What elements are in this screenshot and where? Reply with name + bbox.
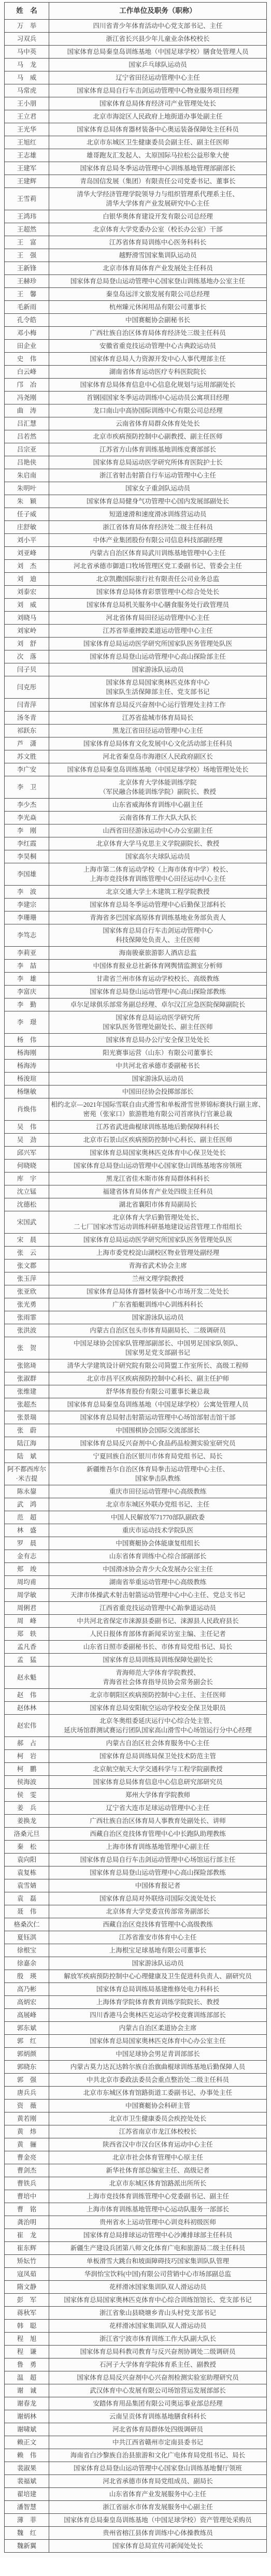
name-cell: 陈永鋆 xyxy=(5,1485,49,1498)
position-cell: 中体产业集团股份有限公司信息科技部副经理 xyxy=(49,534,267,547)
name-cell: 姜 兵 xyxy=(5,1802,49,1815)
name-cell: 张淑群 xyxy=(5,1372,49,1385)
document-page: 姓 名 工作单位及职务（职称） 万 举 四川省青少年体育活动中心党支部书记、主任… xyxy=(0,0,271,2558)
name-cell: 李 勤 xyxy=(5,998,49,1011)
name-cell: 邓小梅 xyxy=(5,327,49,340)
position-cell: 国家体育总局科教司教育与反兴奋剂协调处二级调研员 xyxy=(49,2346,267,2358)
position-cell: 相约北京—2021年国际雪联自由式滑雪和单板滑雪世界锦标赛执行副主席、 密苑（张… xyxy=(49,1098,267,1121)
position-cell: 浙江省射击射箭自行车运动管理中心主任 xyxy=(49,469,267,482)
table-row: 赵 伟 北京市朝阳区疾病预防控制中心主任、主任医师 xyxy=(5,1689,267,1702)
table-row: 蒋秋军 浙江省象山县晓塘乡青山头村党支部书记 xyxy=(5,2307,267,2320)
table-row: 冯尧刚 首钢园国家冬季运动训练中心运动员公寓项目经理 xyxy=(5,392,267,404)
name-cell: 夏钰淇 xyxy=(5,1931,49,1944)
table-row: 夏钰淇 江苏省淮安市体育中心主任 xyxy=(5,1931,267,1944)
table-row: 王志雄 雄哥跑友汇发起人、太原国际马拉松公益形象大使 xyxy=(5,149,267,162)
table-row: 张光勇 广东省船艇训练中心训练科科长 xyxy=(5,1298,267,1311)
table-row: 李 勤 卓尔足球俱乐部常务副总经理、卓尔汉江应急医院保障副院长 xyxy=(5,998,267,1011)
position-cell: 国家体育总局宣传司新闻处处长 xyxy=(49,2540,267,2553)
table-row: 李珊珊 青海省多巴国家高原体育训练基地业务部负责人 xyxy=(5,911,267,924)
table-row: 袁 磊 国家体育总局对外联络司国际交流处处长 xyxy=(5,1892,267,1905)
table-row: 郭 红 国家体育总局国家奥林匹克体育中心办公室主任 xyxy=(5,2035,267,2048)
table-row: 杨继敏 中国田径协会投掷部部长 xyxy=(5,1086,267,1098)
position-cell: 卓尔足球俱乐部常务副总经理、卓尔汉江应急医院保障副院长 xyxy=(49,998,267,1011)
position-cell: 山东省体育产业发展服务中心主任 xyxy=(49,2488,267,2501)
name-cell: 曹铁兵 xyxy=(5,2177,49,2190)
position-cell: 花样滑冰国家集训队双人滑运动员 xyxy=(49,2320,267,2333)
position-cell: 北京航空航天大学交通科学与工程学院副教授 xyxy=(49,1763,267,1776)
header-position-label: 工作单位及职务（职称） xyxy=(49,3,267,20)
name-cell: 杨浚瑄 xyxy=(5,1073,49,1086)
name-cell: 吕汇慧 xyxy=(5,417,49,430)
name-cell: 谢 诚 xyxy=(5,2384,49,2397)
position-cell: 国家体育总局运动医学研究所国家队医务管理处队医 xyxy=(49,1234,267,1247)
name-cell: 白云峰 xyxy=(5,366,49,379)
table-row: 李富庆 国家体育总局登山运动管理中心高山探险部教练 xyxy=(5,986,267,998)
name-cell: 王立君 xyxy=(5,110,49,123)
name-cell: 李建宗 xyxy=(5,899,49,911)
position-cell: 内蒙古自治区柔道协会主席 xyxy=(49,2022,267,2035)
position-cell: 山东省威海体育训练中心副主任 xyxy=(49,799,267,812)
position-cell: 西藏自治区竞技体育管理中心中长跑队助理教练 xyxy=(49,1828,267,1841)
table-row: 谢 诚 武汉体育中心发展有限公司场馆营运发展部部长 xyxy=(5,2384,267,2397)
position-cell: 国家游泳队运动员 xyxy=(49,663,267,676)
position-cell: 山西省田径游泳运动中心办公室副主任 xyxy=(49,824,267,837)
name-cell: 肖焕伟 xyxy=(5,1098,49,1121)
position-cell: 北京市昌平区疾病预防控制中心科长、副主任护师 xyxy=(49,1372,267,1385)
name-cell: 谢炳林 xyxy=(5,2410,49,2423)
table-row: 周俐君 江西省重竞技运动管理中心跆拳道运动员 xyxy=(5,1602,267,1615)
position-cell: 花样滑冰国家集训队双人滑运动员 xyxy=(49,2281,267,2294)
name-cell: 张铭琦 xyxy=(5,1359,49,1372)
position-cell: 越野滑雪国家集训队运动员 xyxy=(49,249,267,262)
name-cell: 王雪莉 xyxy=(5,188,49,210)
position-cell: 国家体育总局国家奥林匹克体育中心综合训练馆馆长、党支部书记 xyxy=(49,2294,267,2307)
table-row: 刘 威 国家体育总局机关服务中心膳食服务处行政管理员 xyxy=(5,599,267,612)
name-cell: 马 龙 xyxy=(5,59,49,71)
table-row: 李莉亚 海南骏豪旅游影人酒店总监 xyxy=(5,947,267,960)
position-cell: 上海市体育训练基地管理中心副主任 xyxy=(49,1841,267,1854)
table-row: 翟培建 山东省体育产业发展服务中心主任 xyxy=(5,2488,267,2501)
table-row: 徐根宝 上海根宝足球基地有限公司董事长 xyxy=(5,1944,267,1957)
position-cell: 北京凯撒国际旅行社有限责任公司业务总监 xyxy=(49,573,267,586)
table-row: 张铭琦 清华大学建筑设计研究院有限公司简盟工作室所长、高级工程师 xyxy=(5,1359,267,1372)
position-cell: 上海体育学院体育教育训练学院院长、教授 xyxy=(49,1996,267,2009)
position-cell: 北京市体育局体育产业发展处主任科员 xyxy=(49,262,267,275)
table-row: 黄 骊 陕西省汉中市汉台区体育运动中心主任 xyxy=(5,2138,267,2151)
table-row: 张维建 舒华体育股份有限公司董事长兼总裁 xyxy=(5,1385,267,1398)
table-row: 孔令皓 中国赛艇协会副秘书长 xyxy=(5,314,267,327)
name-cell: 闫子贝 xyxy=(5,663,49,676)
position-cell: 内蒙古自治区体育局武川训练基地管理中心主任 xyxy=(49,547,267,560)
table-row: 阿不都西库尔 ·米吉提 新疆维吾尔自治区体育局拳击运动管理中心主任、 国家拳击队… xyxy=(5,1463,267,1485)
position-cell: 贵州省水上运动管理中心训竞科初级医师 xyxy=(49,2216,267,2229)
table-row: 沈立锰 福建省体育局体育产业处四级主任科员 xyxy=(5,1185,267,1198)
name-cell: 洛桑元旦 xyxy=(5,1828,49,1841)
table-row: 张 蔚 中国围棋协会国际交流部部长 xyxy=(5,1424,267,1437)
table-row: 赵体林 国家体育总局安阳航空运动学校安全保卫处职员 xyxy=(5,1702,267,1715)
table-row: 魏 红 贵州省榕江县体育训练中心体操教练员 xyxy=(5,2527,267,2540)
table-row: 刘小平 中体产业集团股份有限公司信息科技部副经理 xyxy=(5,534,267,547)
position-cell: 新疆生产建设兵团第八师文化体育广电和旅游局二级主任科员 xyxy=(49,2242,267,2255)
name-cell: 裴福斌 xyxy=(5,2475,49,2488)
table-row: 王 强 越野滑雪国家集训队运动员 xyxy=(5,249,267,262)
table-row: 龚治明 贵州省水上运动管理中心训竞科初级医师 xyxy=(5,2216,267,2229)
name-cell: 李 喆 xyxy=(5,960,49,973)
position-cell: 北京体育大学后勤管理处处长、 二七厂国家冰雪运动训练科研基地建设运营管理工作组组… xyxy=(49,1211,267,1234)
position-cell: 江西省重竞技运动管理中心跆拳道运动员 xyxy=(49,1602,267,1615)
position-cell: 江苏省方山体育训练基地训练竞赛部部长 xyxy=(49,443,267,456)
name-cell: 崔东辉 xyxy=(5,2242,49,2255)
position-cell: 北京市东城区外联办党组书记、主任 xyxy=(49,1498,267,1511)
name-cell: 张玉萍 xyxy=(5,1272,49,1285)
name-cell: 朱明叶 xyxy=(5,482,49,495)
name-cell: 李 雄 xyxy=(5,973,49,986)
name-cell: 刘亚峰 xyxy=(5,547,49,560)
table-row: 马 威 辽宁省田径运动管理中心主任 xyxy=(5,71,267,84)
table-row: 张亚欣 国家体育总局体育器材装备中心市场开发二处处长 xyxy=(5,1285,267,1298)
name-cell: 张文郡 xyxy=(5,1260,49,1272)
position-cell: 国家体育总局对外联络司国际交流处处长 xyxy=(49,1892,267,1905)
name-cell: 姜换龙 xyxy=(5,1815,49,1828)
name-cell: 徐嘉余 xyxy=(5,1957,49,1970)
name-cell: 任子威 xyxy=(5,508,49,521)
name-cell: 格桑次仁 xyxy=(5,1918,49,1931)
table-row: 庄舒敏 浙江省体育局体育经济处二级主任科员 xyxy=(5,521,267,534)
name-cell: 柯 岩 xyxy=(5,1750,49,1763)
table-row: 王建军 国家体育总局冬季运动管理中心训练基地管理部副部长 xyxy=(5,162,267,175)
position-cell: 中国体育报业总社新体育网舆情监测室分析师 xyxy=(49,960,267,973)
name-cell: 郭炳颜 xyxy=(5,2048,49,2061)
table-row: 袁向阳 国家体育总局自行车击剑运动管理中心场馆运行部主任 xyxy=(5,1854,267,1866)
position-cell: 中共河北省承德市委副秘书长 xyxy=(49,1060,267,1073)
table-row: 赖 伟 海南省白沙黎族自治县旅游和文化广电体育局党组书记、局长 xyxy=(5,2449,267,2462)
position-cell: 国家体育总局冬季运动管理中心后勤保卫部科长 xyxy=(49,899,267,911)
position-cell: 上海市体育训练基地管理中心运动队服务一部部长 xyxy=(49,2203,267,2216)
name-cell: 张超杰 xyxy=(5,1398,49,1411)
position-cell: 四川香港马会奥林匹克运动学校竞赛训练部部长 xyxy=(49,2009,267,2022)
name-cell: 周均甫 xyxy=(5,1576,49,1589)
position-cell: 郑州大学体育学院教师 xyxy=(49,1789,267,1802)
name-cell: 周俐君 xyxy=(5,1602,49,1615)
table-row: 曹培中 上海市竞技体育训练管理中心党委副书记、副主任 xyxy=(5,2190,267,2203)
position-cell: 国家体育总局国家奥林匹克体育中心办公室主任 xyxy=(49,2035,267,2048)
name-cell: 宋 晨 xyxy=(5,1234,49,1247)
position-cell: 北京市朝阳区疾病预防控制中心主任、主任医师 xyxy=(49,1689,267,1702)
table-row: 魏新翼 国家体育总局宣传司新闻处处长 xyxy=(5,2540,267,2553)
name-cell: 王赫珍 xyxy=(5,275,49,288)
position-cell: 青海师范大学体育学院教授、 青海省社会体育指导员协会常务副会长 xyxy=(49,1667,267,1689)
name-cell: 李 波 xyxy=(5,886,49,899)
name-cell: 赖正文 xyxy=(5,2436,49,2449)
table-row: 吕艳侠 国家体育总局运动医学研究所体育医院护士长 xyxy=(5,456,267,469)
position-cell: 国家体育总局登山运动管理中心国家登山训练基地餐厅领班 xyxy=(49,2462,267,2475)
name-cell: 袁 磊 xyxy=(5,1892,49,1905)
table-row: 孟凡香 山东省日照市委副秘书长、市体育局党组书记、局长 xyxy=(5,1641,267,1654)
name-cell: 秦 松 xyxy=(5,1841,49,1854)
table-row: 郭东斌 内蒙古自治区柔道协会主席 xyxy=(5,2022,267,2035)
position-cell: 浙江省体育局体育经济处二级主任科员 xyxy=(49,521,267,534)
name-cell: 范 超 xyxy=(5,1511,49,1524)
table-row: 金有志 山东省体育训练中心综合部副部长 xyxy=(5,1550,267,1563)
table-row: 周均甫 湖南省举重运动管理中心高级教练 xyxy=(5,1576,267,1589)
name-cell: 郝 占 xyxy=(5,1737,49,1750)
name-cell: 孔令皓 xyxy=(5,314,49,327)
position-cell: 中共江西省赣州市定南县委书记 xyxy=(49,2436,267,2449)
position-cell: 国家女子重剑队运动员 xyxy=(49,482,267,495)
position-cell: 辽宁省田径运动管理中心主任 xyxy=(49,71,267,84)
name-cell: 周 峰 xyxy=(5,1615,49,1628)
position-cell: 辽宁省大连市足球运动管理中心主任 xyxy=(49,1802,267,1815)
name-cell: 谢啸斌 xyxy=(5,2423,49,2436)
table-row: 黄若刚 北京市卫生健康委员会疾控处处长 xyxy=(5,2112,267,2125)
table-row: 黄 炜 江苏省南京市龙江体校校长 xyxy=(5,2125,267,2138)
position-cell: 甘肃省兰州市体育运动学校校长、高级教练 xyxy=(49,973,267,986)
table-row: 潘智慧 浙江省丽水市体育发展服务中心副主任 xyxy=(5,2501,267,2514)
name-cell: 杨海刚 xyxy=(5,1047,49,1060)
name-cell: 王建军 xyxy=(5,162,49,175)
table-row: 郏 竣 中国滑冰协会青少大众发展办公室主任 xyxy=(5,1563,267,1576)
name-cell: 袁雪婧 xyxy=(5,1879,49,1892)
name-cell: 龚治明 xyxy=(5,2216,49,2229)
award-roster-table: 姓 名 工作单位及职务（职称） 万 举 四川省青少年体育活动中心党支部书记、主任… xyxy=(4,2,267,2553)
table-row: 张 贺 中国足球协会国家队管理部副部长、中国男足国家队领队、 国家男足党支部副书… xyxy=(5,1337,267,1359)
table-row: 李建宗 国家体育总局冬季运动管理中心后勤保卫部科长 xyxy=(5,899,267,911)
position-cell: 北京市社会体育管理中心原主任 xyxy=(49,2151,267,2164)
table-row: 薄 菲 国家体育总局秦皇岛训练基地（中国足球学校）资产管理处采购员 xyxy=(5,2514,267,2527)
table-row: 唐兵兵 北京市东城区体育馆路街道工委副书记、办事处主任 xyxy=(5,2087,267,2100)
name-cell: 高乃彬 xyxy=(5,1983,49,1996)
name-cell: 王志雄 xyxy=(5,149,49,162)
table-row: 李 波 北京交通大学土木建筑工程学院教授 xyxy=(5,886,267,899)
name-cell: 王建辉 xyxy=(5,175,49,188)
table-row: 王雪莉 清华大学经济管理学院领导力与组织管理系代理系主任、 清华大学体育产业发展… xyxy=(5,188,267,210)
table-row: 姜 兵 辽宁省大连市足球运动管理中心主任 xyxy=(5,1802,267,1815)
name-cell: 冯尧刚 xyxy=(5,392,49,404)
position-cell: 河北省体育局田径运动管理中心主任 xyxy=(49,612,267,625)
position-cell: 北京体育大学马克思主义学院副院长、教授 xyxy=(49,837,267,850)
table-row: 谢炳林 云南呈贡体育训练基地膳食科科长 xyxy=(5,2410,267,2423)
table-row: 邝 冶 国家体育总局体育信息中心信息化规划与运用部副处长 xyxy=(5,379,267,392)
name-cell: 吕若然 xyxy=(5,430,49,443)
table-row: 袁雪婧 中国体育报记者 xyxy=(5,1879,267,1892)
position-cell: 北京市海淀区人民政府上地街道办事处副主任 xyxy=(49,110,267,123)
position-cell: 浙江省长兴县少年儿童业余体校校长 xyxy=(49,33,267,46)
name-cell: 张 贺 xyxy=(5,1337,49,1359)
table-row: 郑 轶 人民日报体育部体育新闻采访室主编、主任记者 xyxy=(5,1628,267,1641)
position-cell: 云南省体育工作大队大队长 xyxy=(49,812,267,824)
name-cell: 王小朋 xyxy=(5,97,49,110)
table-row: 侯海波 国家体育总局体育信息中心信息研究部研究员 xyxy=(5,1776,267,1789)
name-cell: 邱兴军 xyxy=(5,1147,49,1160)
name-cell: 刘 迪 xyxy=(5,573,49,586)
table-row: 陈永鋆 重庆市田径运动管理中心高级教练 xyxy=(5,1485,267,1498)
position-cell: 中国体育报记者 xyxy=(49,1879,267,1892)
name-cell: 闫青萍 xyxy=(5,699,49,712)
table-row: 赵宏伟 北京冬奥组委延庆运行中心综合处主管、 延庆场馆群测试赛运行团队国家高山滑… xyxy=(5,1715,267,1737)
name-cell: 刘晓马 xyxy=(5,612,49,625)
table-row: 王建辉 青岛国信发展（集团）有限责任公司党委书记、董事长 xyxy=(5,175,267,188)
table-row: 张文郡 青海省武术协会主席 xyxy=(5,1260,267,1272)
name-cell: 李 璟 xyxy=(5,1011,49,1034)
position-cell: 新华社体育部总编室主任、高级记者 xyxy=(49,2164,267,2177)
position-cell: 北京交通大学土木建筑工程学院教授 xyxy=(49,886,267,899)
position-cell: 国家体育总局国家奥林匹克体育中心 国家队生活保障部主任、党支部书记 xyxy=(49,676,267,699)
table-row: 刘泰宏 国家体育总局体育彩票管理中心综合处处长 xyxy=(5,586,267,599)
position-cell: 国家体育总局登山运动管理中心高山探险部教练 xyxy=(49,1866,267,1879)
position-cell: 国家体育总局国家奥林匹克体育中心保卫处处长 xyxy=(49,1147,267,1160)
name-cell: 李珊珊 xyxy=(5,911,49,924)
position-cell: 国家体育总局运动医学研究所体育医院护士长 xyxy=(49,456,267,469)
name-cell: 侯海波 xyxy=(5,1776,49,1789)
position-cell: 清华大学经济管理学院领导力与组织管理系代理系主任、 清华大学体育产业发展研究中心… xyxy=(49,188,267,210)
position-cell: 北京市卫生健康委员会疾控处处长 xyxy=(49,2112,267,2125)
name-cell: 李 卫 xyxy=(5,776,49,799)
table-row: 朱明叶 国家女子重剑队运动员 xyxy=(5,482,267,495)
position-cell: 中国赛艇协会副秘书长 xyxy=(49,314,267,327)
position-cell: 北京体育大学党委办公室（校长办公室）干部 xyxy=(49,223,267,236)
position-cell: 河北省秦皇岛市海港区人民政府副区长 xyxy=(49,750,267,763)
table-row: 张洪波 内蒙古自治区包头市体育局副局长、二级调研员 xyxy=(5,1324,267,1337)
name-cell: 朱 颖 xyxy=(5,495,49,508)
table-row: 闫子贝 国家游泳队运动员 xyxy=(5,663,267,676)
name-cell: 袁向阳 xyxy=(5,1854,49,1866)
header-row: 姓 名 工作单位及职务（职称） xyxy=(5,3,267,20)
name-cell: 芦 潇 xyxy=(5,737,49,750)
position-cell: 内蒙古自治区包头市体育局副局长、二级调研员 xyxy=(49,1324,267,1337)
table-row: 韩 聪 花样滑冰国家集训队双人滑运动员 xyxy=(5,2320,267,2333)
position-cell: 中国赛艇协会体能康复组组长 xyxy=(49,1537,267,1550)
position-cell: 解放军疾病预防控制中心心理健康及卫生促进科负责人、副研究员 xyxy=(49,1970,267,1983)
position-cell: 北京市东城区体育馆路派出所所长 xyxy=(49,2177,267,2190)
name-cell: 李富庆 xyxy=(5,986,49,998)
position-cell: 国家体育总局登山运动管理中心高山探险部主任 xyxy=(49,650,267,663)
name-cell: 曹金亮 xyxy=(5,2151,49,2164)
table-row: 李笃志 国家体育总局自行车击剑运动管理中心 科技保障处负责人、主任医师 xyxy=(5,924,267,947)
position-cell: 江苏省武进曲棍球训练基地后勤保障科科长 xyxy=(49,1121,267,1134)
table-row: 裴淑果 国家体育总局登山运动管理中心国家登山训练基地餐厅领班 xyxy=(5,2462,267,2475)
name-cell: 李广安 xyxy=(5,763,49,776)
position-cell: 国家体育总局训练局训练保障处副处长 xyxy=(49,1654,267,1667)
table-row: 吕宗亚 江苏省方山体育训练基地训练竞赛部部长 xyxy=(5,443,267,456)
table-row: 周学敏 天津市体操武术射击射箭运动管理中心中心主任、党总支书记 xyxy=(5,1589,267,1602)
name-cell: 张洪波 xyxy=(5,1324,49,1337)
position-cell: 清华大学建筑设计研究院有限公司简盟工作室所长、高级工程师 xyxy=(49,1359,267,1372)
table-row: 彭 军 国家体育总局国家奥林匹克体育中心综合训练馆馆长、党支部书记 xyxy=(5,2294,267,2307)
position-cell: 秦皇岛远洋文旅发展有限公司总经理 xyxy=(49,288,267,301)
position-cell: 中国人民解放军71770部队副政委 xyxy=(49,1511,267,1524)
name-cell: 张光勇 xyxy=(5,1298,49,1311)
position-cell: 国家体育总局反兴奋剂中心兴奋剂检测实验室助理研究员 xyxy=(49,2371,267,2384)
position-cell: 北京市石景山区疾病预防控制中心科长、副主任医师 xyxy=(49,1134,267,1147)
name-cell: 王鸿玮 xyxy=(5,210,49,223)
table-row: 刘 舒 国家体育总局运动医学研究所国家队医务管理处队医 xyxy=(5,638,267,650)
table-row: 汤冬青 江苏省盐城市体育局局长 xyxy=(5,712,267,725)
position-cell: 国家体育总局登山运动管理中心国家登山训练基地客房领班 xyxy=(49,1160,267,1173)
name-cell: 曲 涛 xyxy=(5,404,49,417)
position-cell: 北京市疾病预防控制中心副教授、副主任医师 xyxy=(49,430,267,443)
position-cell: 重庆市运动技术学院队医 xyxy=(49,1524,267,1537)
position-cell: 国家体育总局安阳航空运动学校安全保卫处职员 xyxy=(49,1702,267,1715)
position-cell: 国家体育总局体育文化发展中心文化活动部主任科员 xyxy=(49,737,267,750)
name-cell: 曹剑杰 xyxy=(5,2164,49,2177)
position-cell: 国家体育总局体育彩票管理中心综合处处长 xyxy=(49,586,267,599)
position-cell: 云南呈贡体育训练基地膳食科科长 xyxy=(49,2410,267,2423)
name-cell: 林 盛 xyxy=(5,1524,49,1537)
table-row: 姜换龙 广西壮族自治区体育局人事教育处副处长、讲师 xyxy=(5,1815,267,1828)
name-cell: 刘 舒 xyxy=(5,638,49,650)
table-row: 郭炳颜 中国足球协会男足青训部部长 xyxy=(5,2048,267,2061)
position-cell: 北京体育大学体能训练学院 （军民融合体能训练学院）副院长、教授 xyxy=(49,776,267,799)
table-row: 宋国武 北京体育大学后勤管理处处长、 二七厂国家冰雪运动训练科研基地建设运营管理… xyxy=(5,1211,267,1234)
position-cell: 国家游泳队运动员 xyxy=(49,1957,267,1970)
position-cell: 阳光赛事运营（山东）有限公司董事长 xyxy=(49,1047,267,1060)
table-row: 资 薇 中国赛艇协会科研主管 xyxy=(5,2100,267,2112)
position-cell: 短道速滑和速度滑冰训练营运动员 xyxy=(49,508,267,521)
table-row: 吕若然 北京市疾病预防控制中心副教授、副主任医师 xyxy=(5,430,267,443)
table-row: 李广安 国家体育总局秦皇岛训练基地（中国足球学校）场地管理处处长 xyxy=(5,763,267,776)
table-row: 张雨霏 国家游泳队运动员 xyxy=(5,1311,267,1324)
position-cell: 国家体育总局自行车击剑运动管理中心物业服务项目经理 xyxy=(49,84,267,97)
table-row: 朱 颖 国家体育总局健身气功管理中心国内发展部副处长 xyxy=(5,495,267,508)
name-cell: 唐兵兵 xyxy=(5,2087,49,2100)
table-row: 张景瑞 国家体育总局射击射箭运动管理中心场馆部射击馆干部 xyxy=(5,1411,267,1424)
position-cell: 黑龙江省佳木斯市体育局群体科科长 xyxy=(49,1173,267,1185)
position-cell: 安踏体育用品集团有限公司奥运事业部总经理 xyxy=(49,2397,267,2410)
name-cell: 吕艳侠 xyxy=(5,456,49,469)
table-row: 谢春龙 安踏体育用品集团有限公司奥运事业部总经理 xyxy=(5,2397,267,2410)
table-row: 次 落 国家体育总局登山运动管理中心高山探险部主任 xyxy=(5,650,267,663)
table-row: 杨 伟 国家体育总局办公厅安全保卫处处长 xyxy=(5,1034,267,1047)
table-row: 邓小梅 广西壮族自治区体育局体育经济处三级主任科员 xyxy=(5,327,267,340)
table-row: 闫克彤 国家体育总局国家奥林匹克体育中心 国家队生活保障部主任、党支部书记 xyxy=(5,676,267,699)
name-cell: 程 谦 xyxy=(5,2346,49,2358)
position-cell: 海南省白沙黎族自治县旅游和文化广电体育局党组书记、局长 xyxy=(49,2449,267,2462)
name-cell: 隋文静 xyxy=(5,2281,49,2294)
table-row: 曹剑杰 新华社体育部总编室主任、高级记者 xyxy=(5,2164,267,2177)
table-row: 芦 潇 国家体育总局体育文化发展中心文化活动部主任科员 xyxy=(5,737,267,750)
name-cell: 马常虎 xyxy=(5,84,49,97)
table-row: 李 刚 山西省田径游泳运动中心办公室副主任 xyxy=(5,824,267,837)
table-row: 陆江海 国家体育总局反兴奋剂中心食品药品检测实验室研究员 xyxy=(5,1437,267,1450)
name-cell: 黄 骊 xyxy=(5,2138,49,2151)
position-cell: 国家高尔夫球队运动员 xyxy=(49,850,267,863)
table-row: 李 卫 北京体育大学体能训练学院 （军民融合体能训练学院）副院长、教授 xyxy=(5,776,267,799)
table-row: 祁跃东 黑龙江省田径运动管理中心主任 xyxy=(5,725,267,737)
name-cell: 吕宗亚 xyxy=(5,443,49,456)
position-cell: 国家乒乓球队运动员 xyxy=(49,59,267,71)
position-cell: 新疆维吾尔自治区体育局拳击运动管理中心主任、 国家拳击队教练 xyxy=(49,1463,267,1485)
name-cell: 赵永魁 xyxy=(5,1667,49,1689)
position-cell: 青岛国信发展（集团）有限责任公司党委书记、董事长 xyxy=(49,175,267,188)
position-cell: 北京市东城区体育馆路街道工委副书记、办事处主任 xyxy=(49,2087,267,2100)
name-cell: 郭 红 xyxy=(5,2035,49,2048)
name-cell: 赵宏伟 xyxy=(5,1715,49,1737)
table-row: 范 超 中国人民解放军71770部队副政委 xyxy=(5,1511,267,1524)
name-cell: 谢春龙 xyxy=(5,2397,49,2410)
table-row: 王超然 北京体育大学党委办公室（校长办公室）干部 xyxy=(5,223,267,236)
table-row: 曲 涛 龙口南山中高协国际训练中心有限公司总经理 xyxy=(5,404,267,417)
table-row: 吴 伟 江苏省武进曲棍球训练基地后勤保障科科长 xyxy=(5,1121,267,1134)
table-row: 郭 强 中共北京市委政法委员会重点整治处二级主任科员 xyxy=(5,2074,267,2087)
name-cell: 郑 轶 xyxy=(5,1628,49,1641)
name-cell: 王超然 xyxy=(5,223,49,236)
name-cell: 万 举 xyxy=(5,20,49,33)
position-cell: 内蒙古莫力达瓦达斡尔族自治旗曲棍球训练基地后勤保障人员 xyxy=(49,2061,267,2074)
position-cell: 武汉体育中心发展有限公司场馆营运发展部部长 xyxy=(49,2384,267,2397)
position-cell: 国家游泳队运动员 xyxy=(49,1073,267,1086)
table-row: 杨海涛 中共河北省承德市委副秘书长 xyxy=(5,1060,267,1073)
table-row: 吴 劲 北京市石景山区疾病预防控制中心科长、副主任医师 xyxy=(5,1134,267,1147)
